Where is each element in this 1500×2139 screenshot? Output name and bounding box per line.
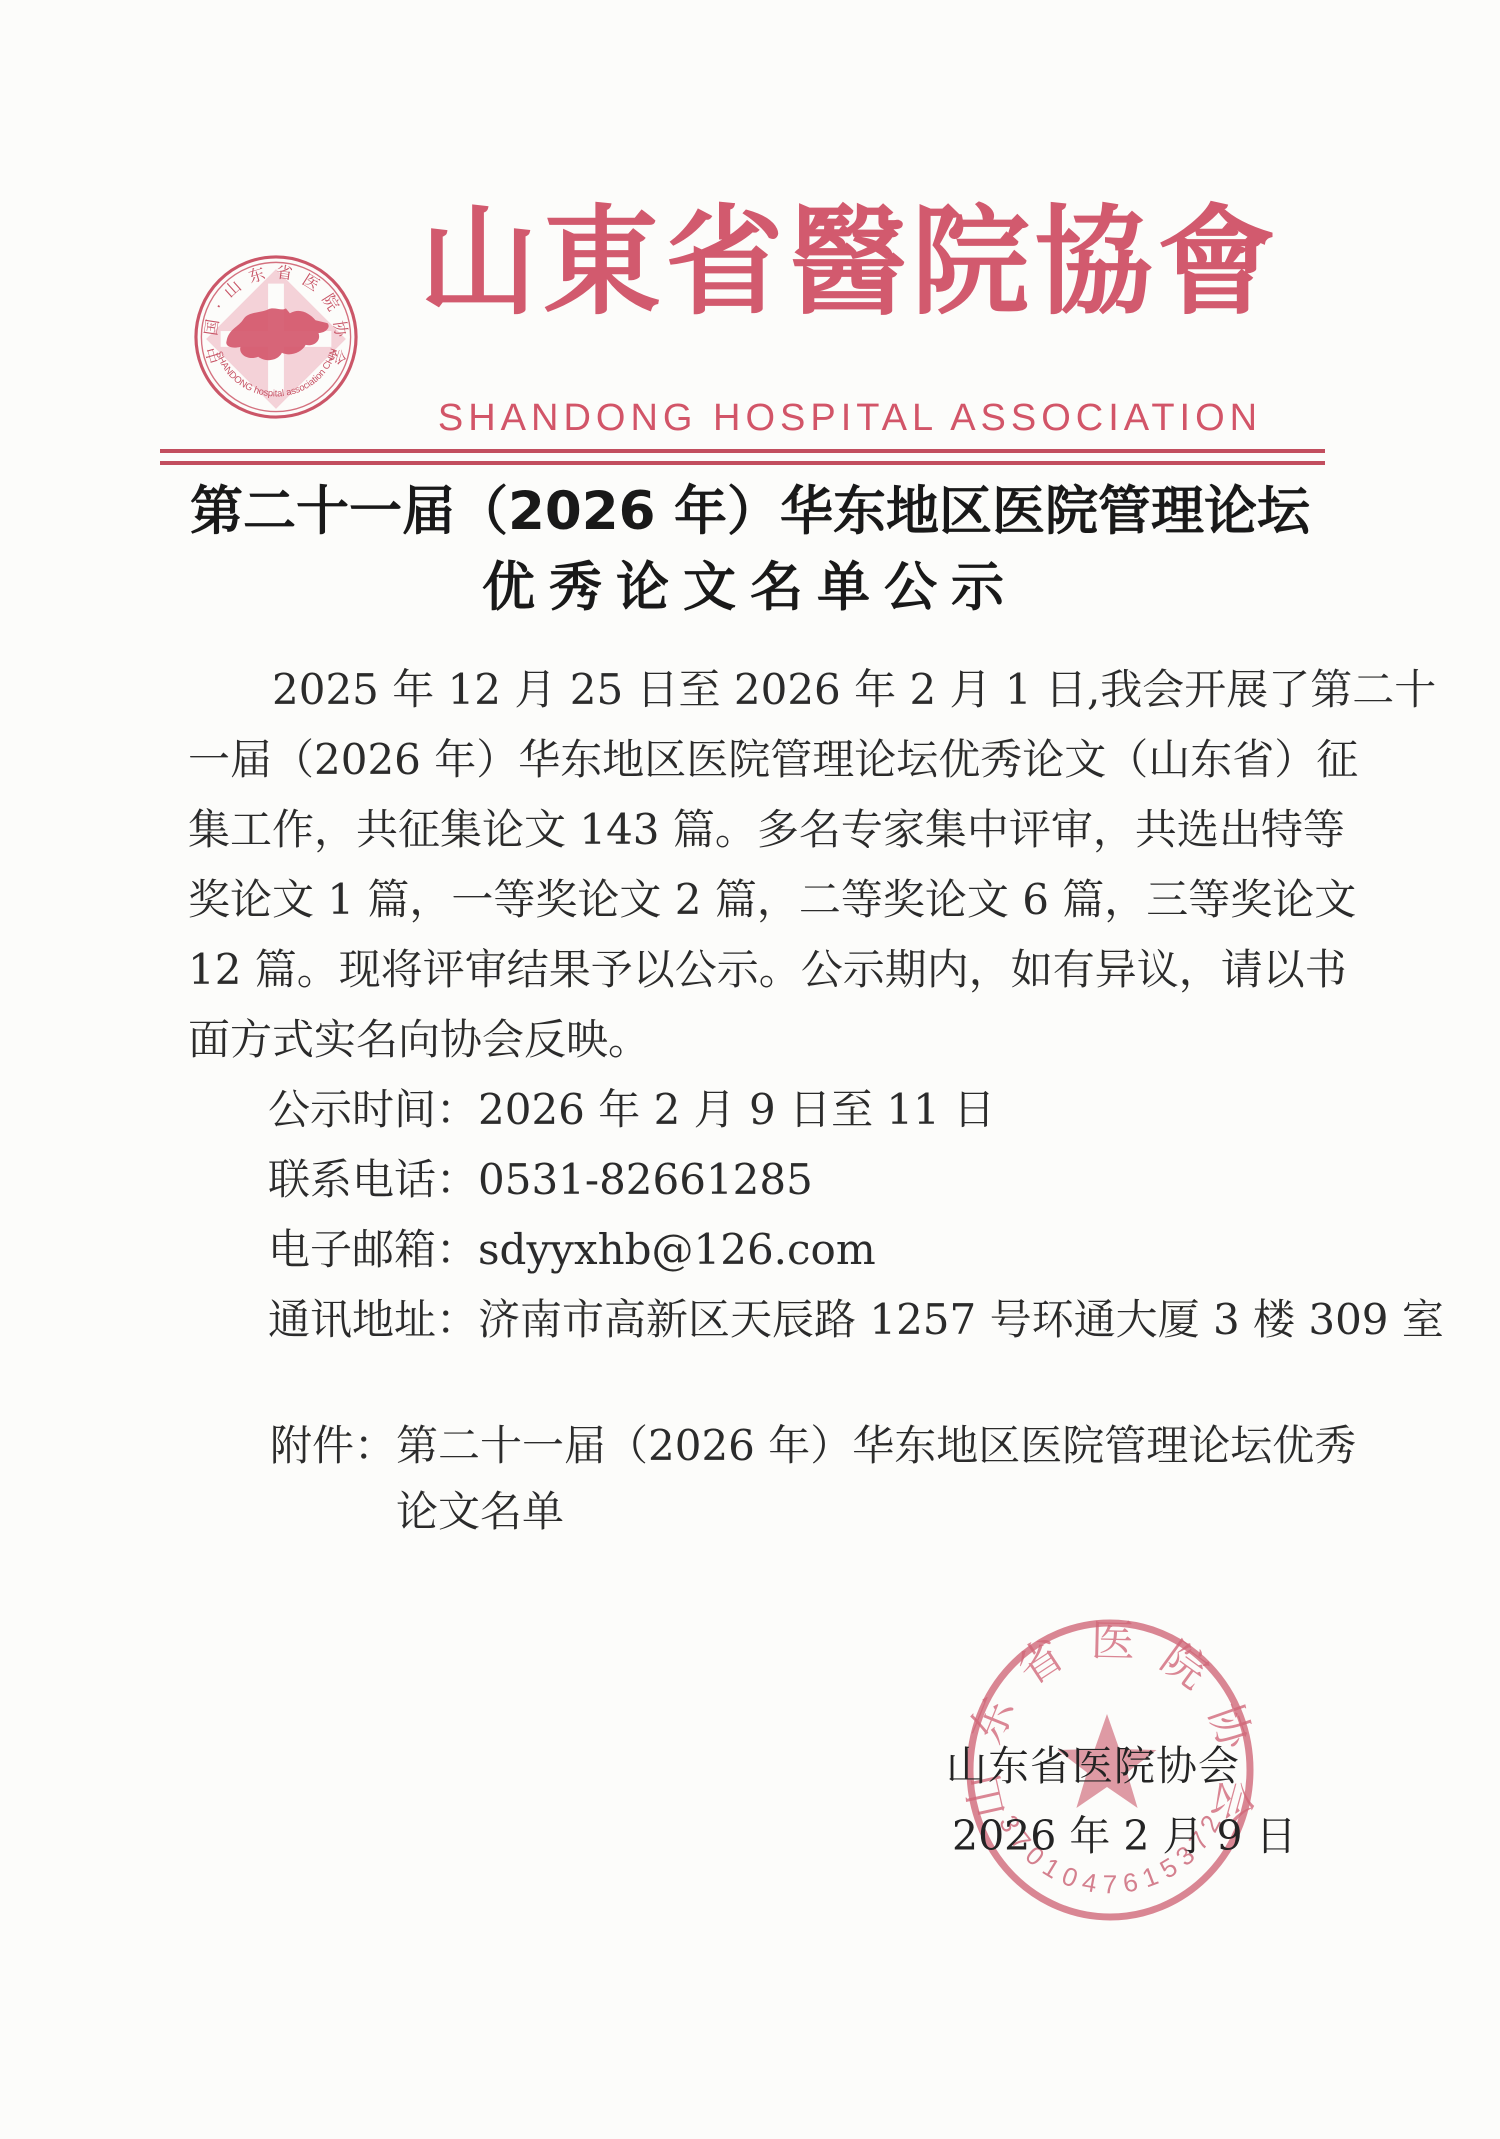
seal-arc-text: 山东省医院协会: [964, 1618, 1258, 1829]
signature-organization: 山东省医院协会: [946, 1738, 1240, 1794]
document-title-line2: 优秀论文名单公示: [0, 550, 1500, 626]
contact-address: 通讯地址：济南市高新区天辰路 1257 号环通大厦 3 楼 309 室: [268, 1285, 1444, 1355]
body-paragraph: 2025 年 12 月 25 日至 2026 年 2 月 1 日,我会开展了第二…: [188, 655, 1363, 1075]
body-line: 集工作，共征集论文 143 篇。多名专家集中评审，共选出特等: [188, 795, 1363, 865]
attachment-line2: 论文名单: [396, 1477, 564, 1547]
contact-info: 公示时间：2026 年 2 月 9 日至 11 日 联系电话：0531-8266…: [268, 1075, 1444, 1355]
header-divider-top: [160, 449, 1325, 453]
attachment-text: 第二十一届（2026 年）华东地区医院管理论坛优秀: [396, 1421, 1356, 1470]
document-title-line1: 第二十一届（2026 年）华东地区医院管理论坛: [0, 474, 1500, 550]
body-line: 2025 年 12 月 25 日至 2026 年 2 月 1 日,我会开展了第二…: [188, 655, 1363, 725]
signature-date: 2026 年 2 月 9 日: [952, 1808, 1297, 1864]
body-line: 奖论文 1 篇，一等奖论文 2 篇，二等奖论文 6 篇，三等奖论文: [188, 865, 1363, 935]
header-divider-bottom: [160, 461, 1325, 465]
body-line: 12 篇。现将评审结果予以公示。公示期内，如有异议，请以书: [188, 935, 1363, 1005]
brand-name-english: SHANDONG HOSPITAL ASSOCIATION: [420, 394, 1280, 442]
body-line: 一届（2026 年）华东地区医院管理论坛优秀论文（山东省）征: [188, 725, 1363, 795]
attachment-line1: 附件：第二十一届（2026 年）华东地区医院管理论坛优秀: [270, 1411, 1356, 1481]
svg-text:山东省医院协会: 山东省医院协会: [964, 1618, 1258, 1829]
document-page: 中国·山东省医院协会 SHANDONG hospital association…: [0, 0, 1500, 2139]
attachment-label: 附件：: [270, 1421, 396, 1470]
contact-phone: 联系电话：0531-82661285: [268, 1145, 1444, 1215]
publicity-period: 公示时间：2026 年 2 月 9 日至 11 日: [268, 1075, 1444, 1145]
brand-name-chinese: 山東省醫院協會: [400, 186, 1300, 338]
association-logo: 中国·山东省医院协会 SHANDONG hospital association…: [192, 252, 360, 420]
contact-email: 电子邮箱：sdyyxhb@126.com: [268, 1215, 1444, 1285]
document-title: 第二十一届（2026 年）华东地区医院管理论坛 优秀论文名单公示: [0, 474, 1500, 626]
body-line: 面方式实名向协会反映。: [188, 1005, 1363, 1075]
